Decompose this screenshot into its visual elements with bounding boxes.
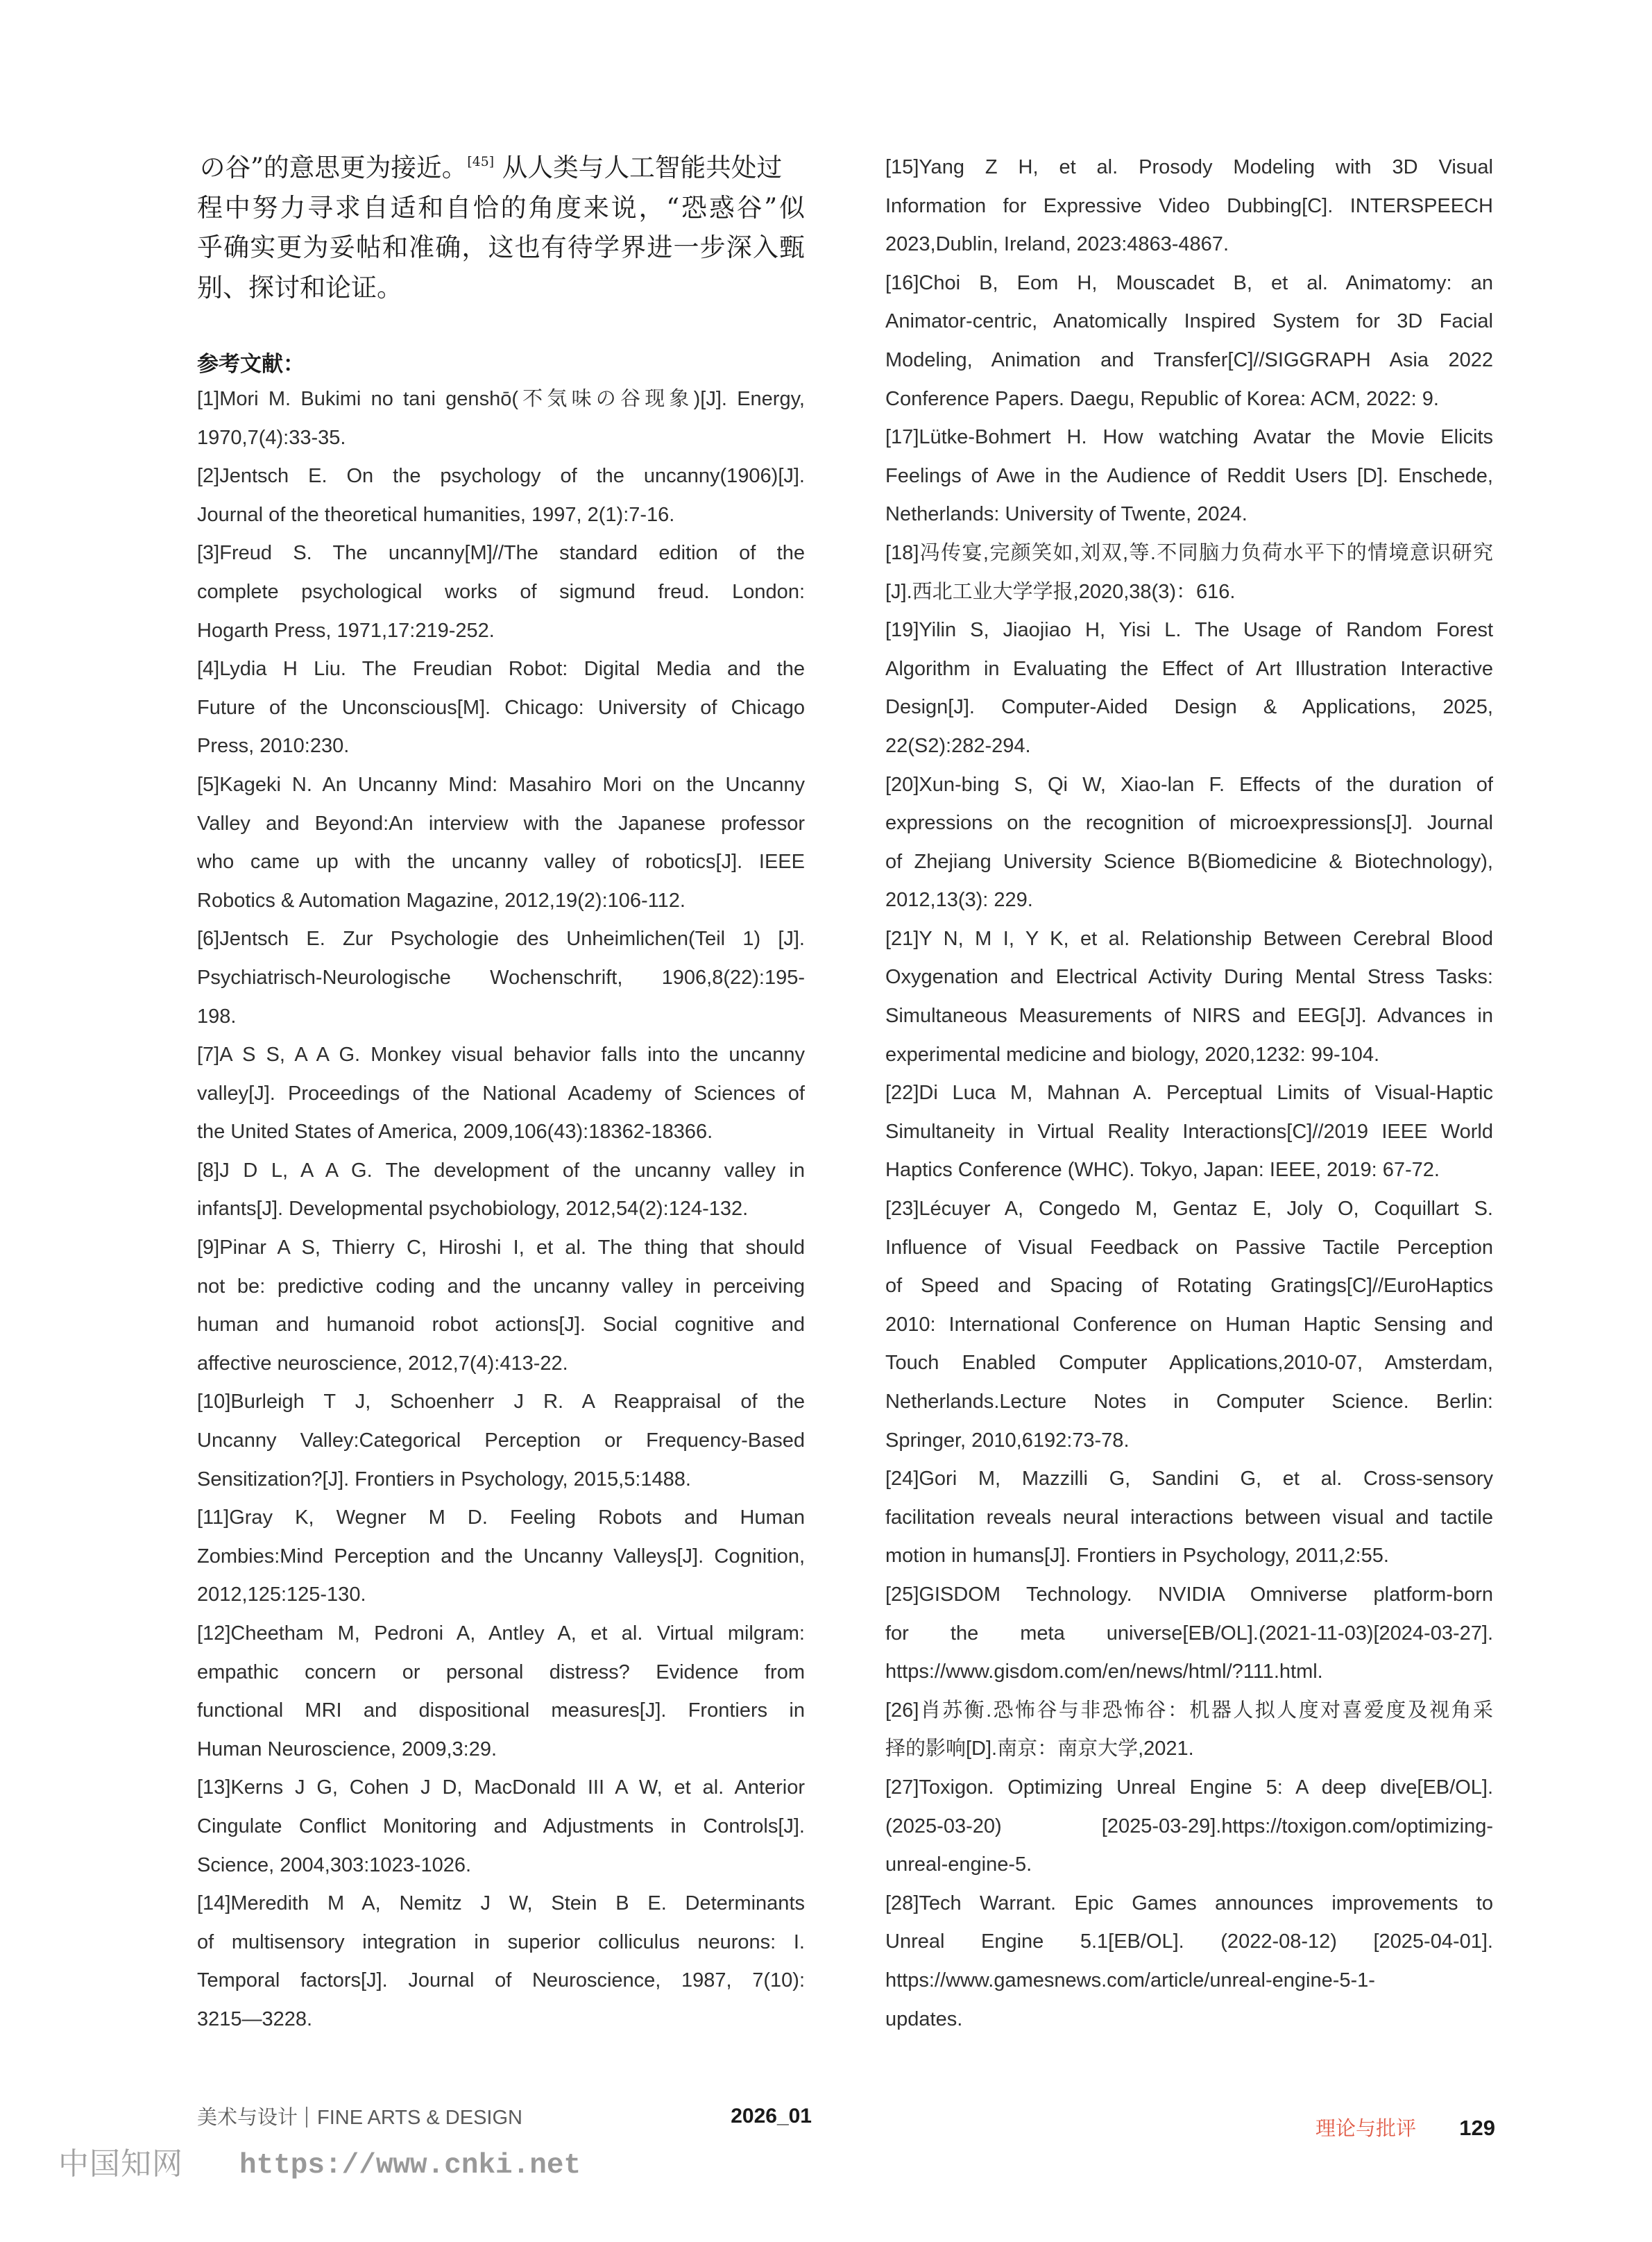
reference-line: Journal of the theoretical humanities, 1… — [197, 496, 805, 535]
section-label: 理论与批评 — [1315, 2114, 1416, 2142]
reference-list-left-column: [1]Mori M. Bukimi no tani genshō(不気味の谷现象… — [197, 380, 805, 2039]
reference-line: not be: predictive coding and the uncann… — [197, 1268, 805, 1307]
reference-item: [26]肖苏衡.恐怖谷与非恐怖谷：机器人拟人度对喜爱度及视角采择的影响[D].南… — [885, 1692, 1493, 1769]
reference-line: 2023,Dublin, Ireland, 2023:4863-4867. — [885, 226, 1493, 264]
reference-item: [15]Yang Z H, et al. Prosody Modeling wi… — [885, 148, 1493, 264]
reference-line: Oxygenation and Electrical Activity Duri… — [885, 958, 1493, 997]
reference-line: Robotics & Automation Magazine, 2012,19(… — [197, 882, 805, 921]
reference-line: Modeling, Animation and Transfer[C]//SIG… — [885, 341, 1493, 380]
reference-line: Influence of Visual Feedback on Passive … — [885, 1229, 1493, 1268]
reference-item: [28]Tech Warrant. Epic Games announces i… — [885, 1885, 1493, 2039]
divider — [306, 2107, 307, 2128]
reference-line: human and humanoid robot actions[J]. Soc… — [197, 1306, 805, 1345]
reference-line: of Speed and Spacing of Rotating Grating… — [885, 1267, 1493, 1306]
reference-line: [8]J D L, A A G. The development of the … — [197, 1152, 805, 1191]
reference-item: [25]GISDOM Technology. NVIDIA Omniverse … — [885, 1576, 1493, 1692]
reference-line: 198. — [197, 998, 805, 1037]
reference-item: [23]Lécuyer A, Congedo M, Gentaz E, Joly… — [885, 1190, 1493, 1460]
reference-line: the United States of America, 2009,106(4… — [197, 1113, 805, 1152]
reference-item: [11]Gray K, Wegner M D. Feeling Robots a… — [197, 1499, 805, 1615]
reference-line: Simultaneity in Virtual Reality Interact… — [885, 1113, 1493, 1152]
reference-line: updates. — [885, 2001, 1493, 2039]
paragraph-text: 从人类与人工智能共处过 — [502, 153, 782, 182]
reference-item: [24]Gori M, Mazzilli G, Sandini G, et al… — [885, 1460, 1493, 1576]
reference-line: https://www.gamesnews.com/article/unreal… — [885, 1962, 1493, 2001]
reference-line: of Zhejiang University Science B(Biomedi… — [885, 843, 1493, 882]
reference-line: 2012,125:125-130. — [197, 1576, 805, 1615]
reference-item: [18]冯传宴,完颜笑如,刘双,等.不同脑力负荷水平下的情境意识研究[J].西北… — [885, 534, 1493, 611]
journal-name-cn: 美术与设计 — [197, 2107, 298, 2129]
reference-line: [11]Gray K, Wegner M D. Feeling Robots a… — [197, 1499, 805, 1538]
reference-line: Algorithm in Evaluating the Effect of Ar… — [885, 650, 1493, 689]
reference-item: [8]J D L, A A G. The development of the … — [197, 1152, 805, 1229]
reference-line: 择的影响[D].南京：南京大学,2021. — [885, 1730, 1493, 1769]
reference-line: Touch Enabled Computer Applications,2010… — [885, 1344, 1493, 1383]
reference-line: experimental medicine and biology, 2020,… — [885, 1036, 1493, 1075]
reference-item: [2]Jentsch E. On the psychology of the u… — [197, 457, 805, 534]
reference-item: [6]Jentsch E. Zur Psychologie des Unheim… — [197, 920, 805, 1036]
reference-line: [28]Tech Warrant. Epic Games announces i… — [885, 1885, 1493, 1923]
reference-list-right-column: [15]Yang Z H, et al. Prosody Modeling wi… — [885, 148, 1493, 2039]
paragraph-text: の谷”的意思更为接近。 — [200, 153, 468, 182]
reference-line: [25]GISDOM Technology. NVIDIA Omniverse … — [885, 1576, 1493, 1615]
reference-line: [6]Jentsch E. Zur Psychologie des Unheim… — [197, 920, 805, 959]
reference-line: [19]Yilin S, Jiaojiao H, Yisi L. The Usa… — [885, 611, 1493, 650]
reference-item: [10]Burleigh T J, Schoenherr J R. A Reap… — [197, 1383, 805, 1499]
reference-line: affective neuroscience, 2012,7(4):413-22… — [197, 1345, 805, 1384]
citation-superscript[interactable]: [45] — [467, 154, 494, 169]
references-heading: 参考文献： — [197, 349, 305, 380]
reference-line: who came up with the uncanny valley of r… — [197, 843, 805, 882]
reference-line: for the meta universe[EB/OL].(2021-11-03… — [885, 1615, 1493, 1654]
reference-item: [4]Lydia H Liu. The Freudian Robot: Digi… — [197, 650, 805, 766]
reference-line: Psychiatrisch-Neurologische Wochenschrif… — [197, 959, 805, 998]
reference-line: Information for Expressive Video Dubbing… — [885, 187, 1493, 226]
reference-item: [3]Freud S. The uncanny[M]//The standard… — [197, 534, 805, 650]
reference-line: Haptics Conference (WHC). Tokyo, Japan: … — [885, 1151, 1493, 1190]
reference-line: Press, 2010:230. — [197, 727, 805, 766]
reference-line: [7]A S S, A A G. Monkey visual behavior … — [197, 1036, 805, 1075]
reference-line: [18]冯传宴,完颜笑如,刘双,等.不同脑力负荷水平下的情境意识研究 — [885, 534, 1493, 573]
reference-line: motion in humans[J]. Frontiers in Psycho… — [885, 1537, 1493, 1576]
reference-line: [1]Mori M. Bukimi no tani genshō(不気味の谷现象… — [197, 380, 805, 419]
reference-line: [22]Di Luca M, Mahnan A. Perceptual Limi… — [885, 1074, 1493, 1113]
reference-line: [5]Kageki N. An Uncanny Mind: Masahiro M… — [197, 766, 805, 805]
reference-line: [21]Y N, M I, Y K, et al. Relationship B… — [885, 920, 1493, 959]
reference-item: [27]Toxigon. Optimizing Unreal Engine 5:… — [885, 1769, 1493, 1885]
reference-line: Sensitization?[J]. Frontiers in Psycholo… — [197, 1461, 805, 1500]
reference-item: [22]Di Luca M, Mahnan A. Perceptual Limi… — [885, 1074, 1493, 1190]
reference-item: [19]Yilin S, Jiaojiao H, Yisi L. The Usa… — [885, 611, 1493, 765]
reference-item: [16]Choi B, Eom H, Mouscadet B, et al. A… — [885, 264, 1493, 418]
paragraph-line: の谷”的意思更为接近。[45] 从人类与人工智能共处过 — [200, 148, 808, 188]
watermark-site-name: 中国知网 — [58, 2146, 183, 2183]
reference-line: Feelings of Awe in the Audience of Reddi… — [885, 457, 1493, 496]
reference-item: [7]A S S, A A G. Monkey visual behavior … — [197, 1036, 805, 1152]
reference-item: [9]Pinar A S, Thierry C, Hiroshi I, et a… — [197, 1229, 805, 1383]
reference-line: Conference Papers. Daegu, Republic of Ko… — [885, 380, 1493, 419]
reference-line: [16]Choi B, Eom H, Mouscadet B, et al. A… — [885, 264, 1493, 303]
reference-line: [2]Jentsch E. On the psychology of the u… — [197, 457, 805, 496]
reference-line: Simultaneous Measurements of NIRS and EE… — [885, 997, 1493, 1036]
page-number: 129 — [1457, 2114, 1495, 2142]
reference-line: (2025-03-20) [2025-03-29].https://toxigo… — [885, 1808, 1493, 1846]
reference-line: unreal-engine-5. — [885, 1846, 1493, 1885]
reference-line: Design[J]. Computer-Aided Design & Appli… — [885, 688, 1493, 727]
reference-line: [23]Lécuyer A, Congedo M, Gentaz E, Joly… — [885, 1190, 1493, 1229]
reference-line: Future of the Unconscious[M]. Chicago: U… — [197, 689, 805, 728]
reference-line: [15]Yang Z H, et al. Prosody Modeling wi… — [885, 148, 1493, 187]
reference-line: 22(S2):282-294. — [885, 727, 1493, 766]
reference-line: Netherlands.Lecture Notes in Computer Sc… — [885, 1383, 1493, 1422]
watermark-url[interactable]: https://www.cnki.net — [239, 2148, 581, 2183]
reference-item: [20]Xun-bing S, Qi W, Xiao-lan F. Effect… — [885, 766, 1493, 920]
reference-line: https://www.gisdom.com/en/news/html/?111… — [885, 1653, 1493, 1692]
reference-line: of multisensory integration in superior … — [197, 1923, 805, 1962]
journal-name-en: FINE ARTS & DESIGN — [317, 2107, 522, 2129]
reference-line: Unreal Engine 5.1[EB/OL]. (2022-08-12) [… — [885, 1923, 1493, 1962]
reference-line: Uncanny Valley:Categorical Perception or… — [197, 1422, 805, 1461]
reference-line: [13]Kerns J G, Cohen J D, MacDonald III … — [197, 1769, 805, 1808]
reference-item: [13]Kerns J G, Cohen J D, MacDonald III … — [197, 1769, 805, 1885]
reference-line: facilitation reveals neural interactions… — [885, 1499, 1493, 1538]
reference-line: [9]Pinar A S, Thierry C, Hiroshi I, et a… — [197, 1229, 805, 1268]
reference-line: Temporal factors[J]. Journal of Neurosci… — [197, 1962, 805, 2001]
reference-line: [26]肖苏衡.恐怖谷与非恐怖谷：机器人拟人度对喜爱度及视角采 — [885, 1692, 1493, 1731]
reference-item: [1]Mori M. Bukimi no tani genshō(不気味の谷现象… — [197, 380, 805, 457]
reference-line: Zombies:Mind Perception and the Uncanny … — [197, 1538, 805, 1577]
reference-line: Cingulate Conflict Monitoring and Adjust… — [197, 1808, 805, 1846]
reference-line: Hogarth Press, 1971,17:219-252. — [197, 612, 805, 651]
paragraph-line: 程中努力寻求自适和自恰的角度来说，“恐惑谷”似 — [197, 188, 805, 228]
reference-line: expressions on the recognition of microe… — [885, 804, 1493, 843]
reference-line: Animator-centric, Anatomically Inspired … — [885, 303, 1493, 341]
reference-line: valley[J]. Proceedings of the National A… — [197, 1075, 805, 1114]
reference-line: Human Neuroscience, 2009,3:29. — [197, 1731, 805, 1769]
reference-line: [17]Lütke-Bohmert H. How watching Avatar… — [885, 418, 1493, 457]
paragraph-line: 乎确实更为妥帖和准确，这也有待学界进一步深入甄 — [197, 228, 805, 268]
issue-number: 2026_01 — [729, 2103, 812, 2130]
reference-item: [21]Y N, M I, Y K, et al. Relationship B… — [885, 920, 1493, 1074]
reference-line: empathic concern or personal distress? E… — [197, 1654, 805, 1692]
reference-line: Netherlands: University of Twente, 2024. — [885, 495, 1493, 534]
reference-item: [14]Meredith M A, Nemitz J W, Stein B E.… — [197, 1885, 805, 2039]
reference-line: [10]Burleigh T J, Schoenherr J R. A Reap… — [197, 1383, 805, 1422]
reference-line: [3]Freud S. The uncanny[M]//The standard… — [197, 534, 805, 573]
body-paragraph: の谷”的意思更为接近。[45] 从人类与人工智能共处过 程中努力寻求自适和自恰的… — [197, 148, 805, 307]
reference-line: [20]Xun-bing S, Qi W, Xiao-lan F. Effect… — [885, 766, 1493, 805]
reference-line: 3215—3228. — [197, 2001, 805, 2039]
reference-line: Valley and Beyond:An interview with the … — [197, 805, 805, 844]
reference-line: Science, 2004,303:1023-1026. — [197, 1846, 805, 1885]
reference-line: functional MRI and dispositional measure… — [197, 1692, 805, 1731]
journal-name: 美术与设计FINE ARTS & DESIGN — [197, 2104, 522, 2132]
reference-line: 1970,7(4):33-35. — [197, 419, 805, 458]
reference-line: [4]Lydia H Liu. The Freudian Robot: Digi… — [197, 650, 805, 689]
reference-line: Springer, 2010,6192:73-78. — [885, 1422, 1493, 1461]
reference-line: [27]Toxigon. Optimizing Unreal Engine 5:… — [885, 1769, 1493, 1808]
reference-line: infants[J]. Developmental psychobiology,… — [197, 1190, 805, 1229]
reference-line: 2012,13(3): 229. — [885, 881, 1493, 920]
reference-line: [J].西北工业大学学报,2020,38(3)：616. — [885, 573, 1493, 612]
reference-line: [24]Gori M, Mazzilli G, Sandini G, et al… — [885, 1460, 1493, 1499]
reference-line: [12]Cheetham M, Pedroni A, Antley A, et … — [197, 1615, 805, 1654]
reference-item: [5]Kageki N. An Uncanny Mind: Masahiro M… — [197, 766, 805, 920]
paragraph-line: 别、探讨和论证。 — [197, 268, 805, 308]
reference-item: [17]Lütke-Bohmert H. How watching Avatar… — [885, 418, 1493, 534]
reference-line: [14]Meredith M A, Nemitz J W, Stein B E.… — [197, 1885, 805, 1923]
reference-line: complete psychological works of sigmund … — [197, 573, 805, 612]
reference-item: [12]Cheetham M, Pedroni A, Antley A, et … — [197, 1615, 805, 1769]
reference-line: 2010: International Conference on Human … — [885, 1306, 1493, 1345]
